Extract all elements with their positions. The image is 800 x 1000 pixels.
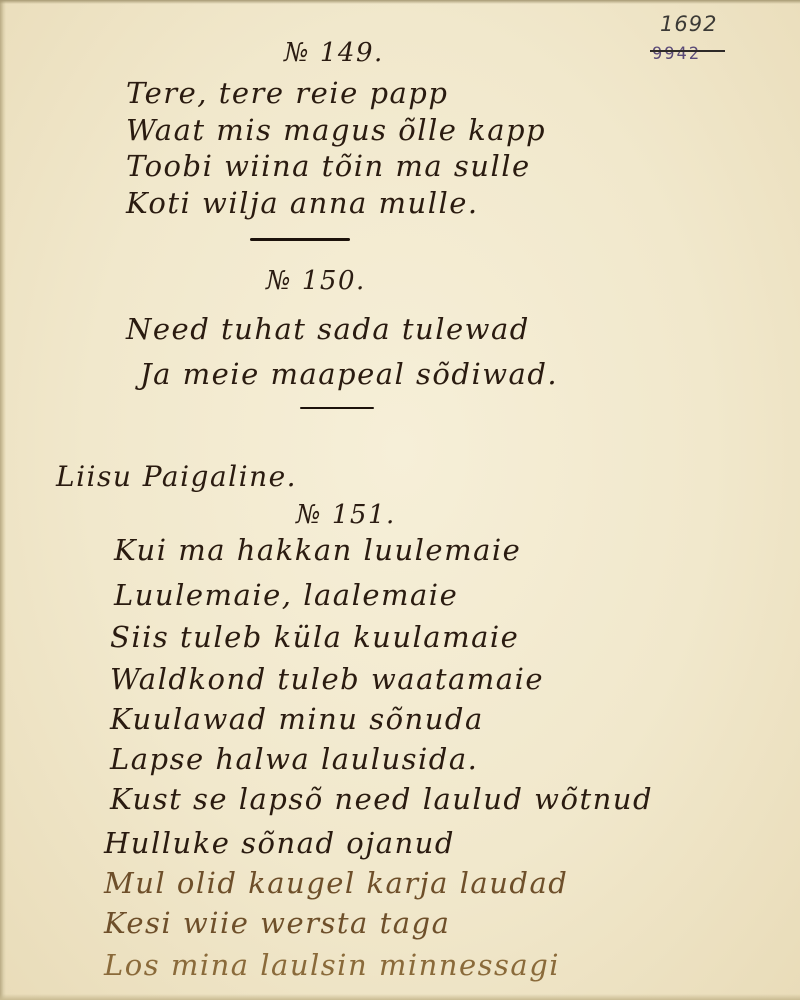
song-line: Hulluke sõnad ojanud xyxy=(104,826,455,860)
song-line: Mul olid kaugel karja laudad xyxy=(104,866,568,900)
song-line: Lapse halwa laulusida. xyxy=(110,742,478,776)
section-divider xyxy=(300,407,374,409)
archive-number: 1692 xyxy=(660,12,717,36)
song-line: Tere, tere reie papp xyxy=(126,76,448,110)
song-line: Los mina laulsin minnessagi xyxy=(104,948,560,982)
song-number-150: № 150. xyxy=(266,266,366,296)
song-line: Kesi wiie wersta taga xyxy=(104,906,450,940)
song-line: Need tuhat sada tulewad xyxy=(126,312,530,346)
song-line: Siis tuleb küla kuulamaie xyxy=(110,620,519,654)
song-line: Waldkond tuleb waatamaie xyxy=(110,662,544,696)
page-binding-edge xyxy=(0,0,6,1000)
song-line: Koti wilja anna mulle. xyxy=(126,186,479,220)
page-top-edge xyxy=(0,0,800,4)
song-line: Ja meie maapeal sõdiwad. xyxy=(140,357,558,391)
song-line: Toobi wiina tõin ma sulle xyxy=(126,149,531,183)
song-line: Kui ma hakkan luulemaie xyxy=(114,533,521,567)
archive-old-number: 9942 xyxy=(652,44,701,64)
song-line: Kuulawad minu sõnuda xyxy=(110,702,484,736)
archive-strikethrough xyxy=(650,50,725,52)
section-divider xyxy=(250,238,350,241)
song-line: Waat mis magus õlle kapp xyxy=(126,113,546,147)
song-number-149: № 149. xyxy=(284,38,384,68)
song-attribution: Liisu Paigaline. xyxy=(56,460,297,493)
song-line: Luulemaie, laalemaie xyxy=(114,578,458,612)
song-line: Kust se lapsõ need laulud wõtnud xyxy=(110,782,653,816)
manuscript-page: 1692 9942 № 149. Tere, tere reie papp Wa… xyxy=(0,0,800,1000)
song-number-151: № 151. xyxy=(296,500,396,530)
page-bottom-edge xyxy=(0,994,800,1000)
